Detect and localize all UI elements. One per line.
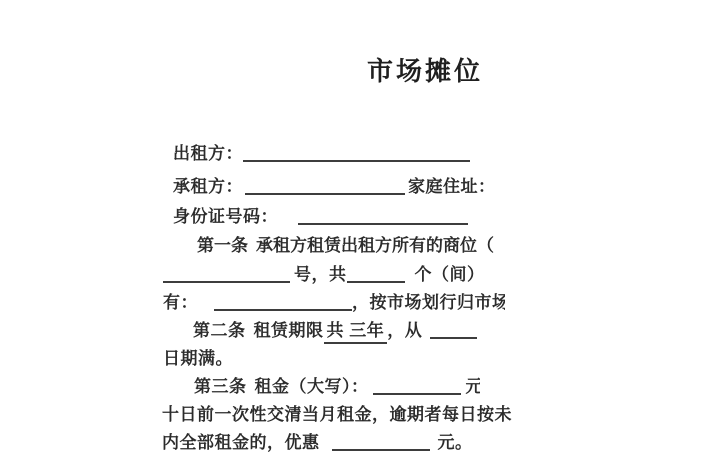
stall-count-blank-field: [347, 268, 405, 283]
id-number-label: 身份证号码：: [173, 206, 278, 228]
line-clause2-a: 第二条 租赁期限 共 三年 ，从: [193, 320, 477, 344]
lessee-blank-field: [245, 180, 405, 195]
line-clause1-c: 有： ，按市场划行归市场: [163, 292, 505, 314]
clause3-text-e: 元。: [438, 432, 473, 454]
line-clause1-b: 号，共 个（间）: [163, 264, 485, 286]
line-clause3-b: 十日前一次性交清当月租金，逾期者每日按未: [162, 404, 512, 426]
clause2-text-a: 租赁期限: [254, 320, 324, 342]
contract-document: 市场摊位 出租方： 承租方： 家庭住址： 身份证号码： 第一条 承租方租赁出租方…: [0, 0, 711, 456]
home-address-label: 家庭住址：: [408, 176, 496, 198]
clause3-heading: 第三条: [194, 376, 247, 398]
clause2-text-c: 日期满。: [163, 348, 233, 370]
clause3-text-c: 十日前一次性交清当月租金，逾期者每日按未: [162, 404, 512, 426]
line-lessor: 出租方：: [173, 143, 470, 165]
lessor-label: 出租方：: [173, 143, 243, 165]
clause2-text-b: ，从: [387, 320, 422, 342]
clause1-text-b: 号，共: [294, 264, 347, 286]
clause1-text-a: 承租方租赁出租方所有的商位（: [256, 235, 494, 257]
rent-amount-blank-field: [373, 380, 461, 395]
clause1-text-e: ，按市场划行归市场: [352, 292, 505, 314]
stall-number-blank-field: [163, 268, 290, 283]
clause1-heading: 第一条: [197, 235, 248, 257]
clause1-text-d: 有：: [163, 292, 198, 314]
line-id-number: 身份证号码：: [173, 206, 468, 228]
discount-amount-blank-field: [332, 436, 430, 451]
business-scope-blank-field: [214, 296, 352, 311]
line-lessee: 承租方： 家庭住址：: [173, 176, 496, 198]
lessor-blank-field: [243, 147, 470, 162]
line-clause3-a: 第三条 租金（大写）： 元: [194, 376, 480, 398]
clause2-heading: 第二条: [193, 320, 246, 342]
lessee-label: 承租方：: [173, 176, 243, 198]
clause3-text-a: 租金（大写）：: [255, 376, 369, 398]
clause1-text-c: 个（间）: [415, 264, 485, 286]
line-clause2-b: 日期满。: [163, 348, 233, 370]
clause3-text-b: 元: [466, 376, 481, 398]
document-title: 市场摊位: [367, 51, 483, 88]
line-clause1-a: 第一条 承租方租赁出租方所有的商位（: [197, 235, 497, 257]
id-number-blank-field: [298, 210, 468, 225]
clause3-text-d: 内全部租金的，优惠: [162, 432, 320, 454]
start-date-blank-field: [430, 324, 477, 339]
lease-term-filled-value: 共 三年: [324, 320, 388, 344]
line-clause3-c: 内全部租金的，优惠 元。: [162, 432, 473, 454]
